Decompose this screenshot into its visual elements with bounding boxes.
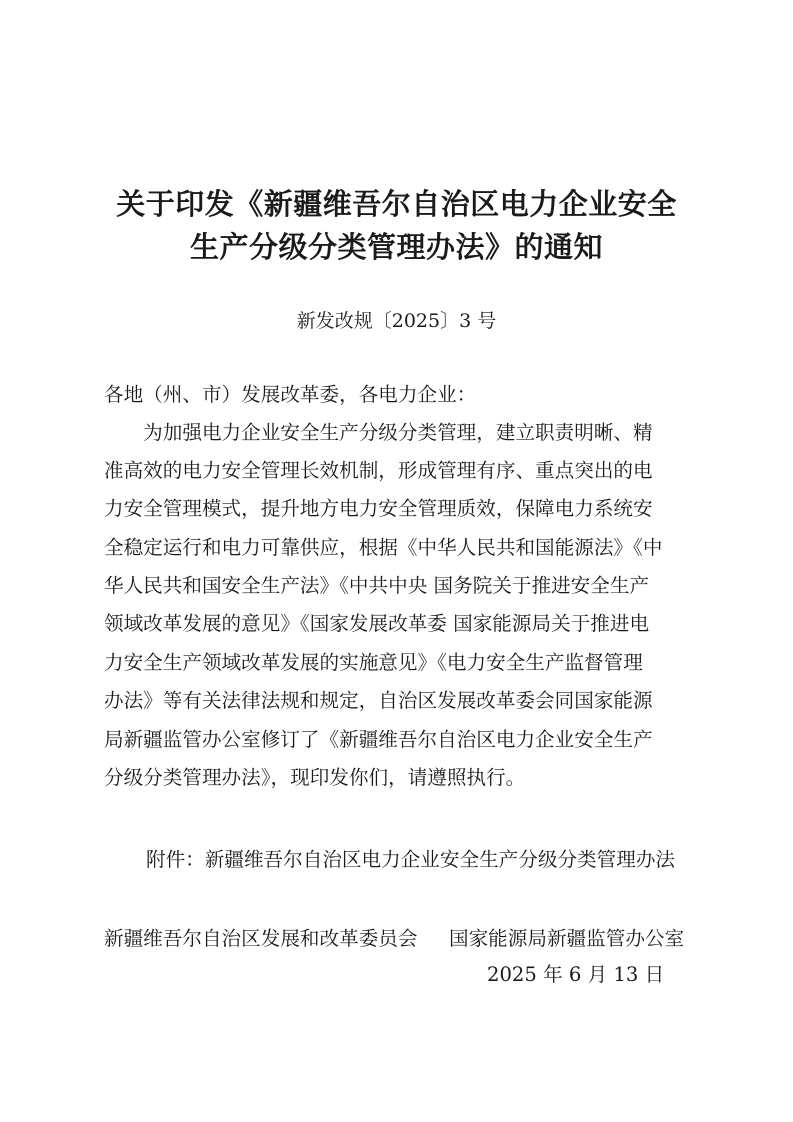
body-line: 局新疆监管办公室修订了《新疆维吾尔自治区电力企业安全生产 — [104, 727, 653, 753]
body-line: 办法》等有关法律法规和规定，自治区发展改革委会同国家能源 — [104, 688, 653, 714]
body-line: 华人民共和国安全生产法》《中共中央 国务院关于推进安全生产 — [104, 573, 649, 599]
issue-date: 2025 年 6 月 13 日 — [487, 962, 664, 988]
document-number: 新发改规〔2025〕3 号 — [0, 306, 793, 333]
document-title-line-1: 关于印发《新疆维吾尔自治区电力企业安全 — [0, 184, 793, 224]
body-line: 为加强电力企业安全生产分级分类管理，建立职责明晰、精 — [104, 420, 653, 446]
body-line: 领域改革发展的意见》《国家发展改革委 国家能源局关于推进电 — [104, 611, 649, 637]
body-line: 分级分类管理办法》，现印发你们，请遵照执行。 — [104, 765, 525, 791]
body-line: 准高效的电力安全管理长效机制，形成管理有序、重点突出的电 — [104, 458, 653, 484]
document-title-line-2: 生产分级分类管理办法》的通知 — [0, 227, 793, 267]
salutation: 各地（州、市）发展改革委，各电力企业： — [104, 382, 476, 408]
signatory-nea: 国家能源局新疆监管办公室 — [449, 926, 684, 952]
body-line: 力安全管理模式，提升地方电力安全管理质效，保障电力系统安 — [104, 496, 653, 522]
body-line: 力安全生产领域改革发展的实施意见》《电力安全生产监督管理 — [104, 650, 643, 676]
attachment-note: 附件：新疆维吾尔自治区电力企业安全生产分级分类管理办法 — [146, 847, 675, 873]
body-line: 全稳定运行和电力可靠供应，根据《中华人民共和国能源法》《中 — [104, 535, 662, 561]
signatory-ndrc: 新疆维吾尔自治区发展和改革委员会 — [104, 926, 418, 952]
